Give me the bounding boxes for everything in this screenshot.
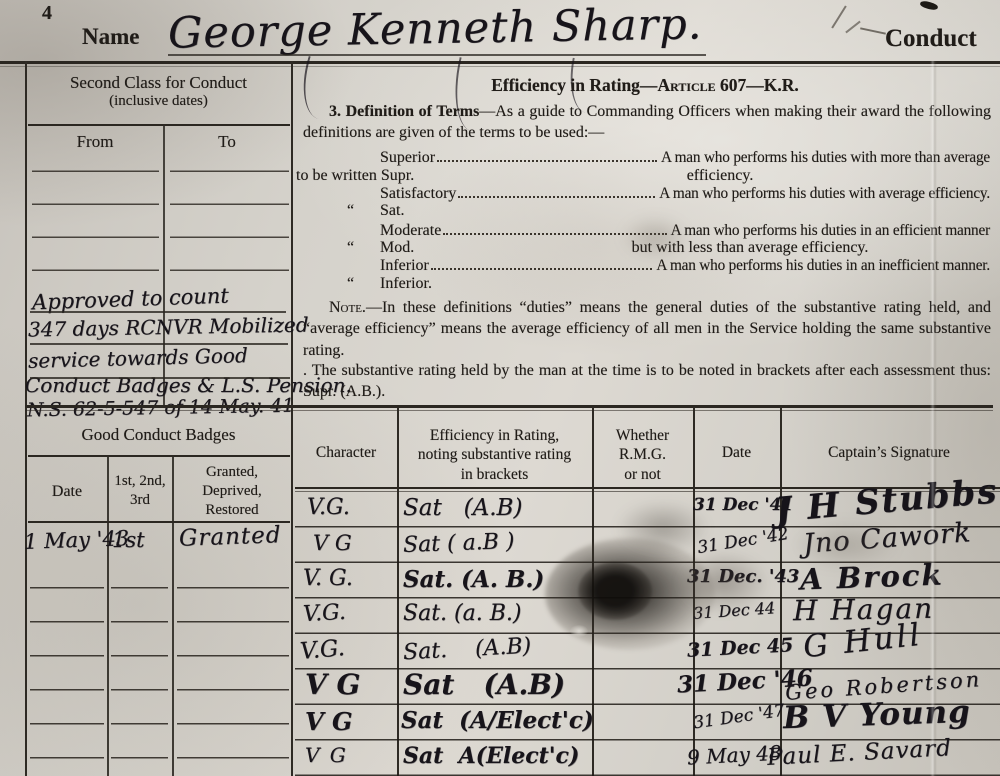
scanned-conduct-form: 4 Name George Kenneth Sharp. Conduct Sec… bbox=[0, 0, 1000, 776]
scratch-mark bbox=[860, 27, 886, 34]
rule-line bbox=[28, 455, 290, 457]
approval-note-line: N.S. 62-5-547 of 14 May. 41 bbox=[27, 395, 295, 422]
definition-superior: SuperiorA man who performs his duties wi… bbox=[380, 149, 990, 167]
rmg-header: Whether R.M.G. or not bbox=[594, 426, 691, 484]
ditto-mark: “ bbox=[347, 275, 354, 293]
table-row: V G Sat A(Elect'c) 9 May 48 Paul E. Sava… bbox=[295, 743, 1000, 776]
rule-line bbox=[28, 124, 290, 126]
note-paragraph: Note.—In these definitions “duties” mean… bbox=[303, 297, 991, 361]
ditto-mark: “ bbox=[347, 239, 354, 257]
moderate-abbrev: Mod. bbox=[380, 239, 414, 257]
rule-line bbox=[30, 311, 286, 313]
blot-highlight bbox=[570, 625, 588, 637]
scratch-mark bbox=[831, 5, 846, 28]
section-double-rule-top bbox=[25, 405, 993, 408]
page-number: 4 bbox=[42, 2, 52, 25]
scratch-mark bbox=[845, 21, 860, 34]
approval-note-line: 347 days RCNVR Mobilized bbox=[28, 313, 309, 342]
badges-row-lines bbox=[111, 560, 168, 770]
paper-crease bbox=[930, 61, 937, 776]
second-class-subtitle: (inclusive dates) bbox=[25, 93, 292, 110]
smudge bbox=[790, 520, 900, 570]
second-class-title: Second Class for Conduct bbox=[25, 73, 292, 93]
efficiency-cell: Sat ( a.B ) bbox=[403, 529, 515, 558]
efficiency-heading: Efficiency in Rating—Article 607—K.R. bbox=[295, 75, 995, 96]
character-header: Character bbox=[297, 443, 395, 462]
ink-mark bbox=[919, 0, 938, 11]
character-cell: V.G. bbox=[299, 635, 346, 665]
character-cell: V.G. bbox=[302, 600, 346, 627]
character-cell: V G bbox=[305, 668, 360, 701]
badges-title: Good Conduct Badges bbox=[25, 425, 292, 445]
superior-desc-cont: efficiency. bbox=[620, 167, 820, 185]
left-panel-right-border bbox=[291, 61, 293, 776]
to-row-lines bbox=[170, 139, 289, 274]
efficiency-cell: Sat (A/Elect'c) bbox=[401, 707, 594, 734]
definition-intro: 3. Definition of Terms—As a guide to Com… bbox=[303, 101, 991, 144]
approval-note-line: service towards Good bbox=[28, 343, 248, 373]
badge-entry-class: 1st bbox=[112, 528, 145, 552]
badges-status-header: Granted, Deprived, Restored bbox=[174, 463, 290, 519]
smudge bbox=[620, 215, 690, 260]
rule-line bbox=[30, 343, 288, 345]
definition-satisfactory: SatisfactoryA man who performs his dutie… bbox=[380, 185, 990, 203]
name-handwritten-value: George Kenneth Sharp. bbox=[168, 0, 703, 59]
conduct-label: Conduct bbox=[885, 25, 977, 53]
dotted-leader bbox=[458, 196, 655, 198]
definition-inferior: InferiorA man who performs his duties in… bbox=[380, 257, 990, 275]
header-rule bbox=[0, 61, 1000, 64]
dotted-leader bbox=[431, 268, 652, 270]
approval-note-line: Approved to count bbox=[32, 284, 230, 315]
badge-entry-status: Granted bbox=[179, 522, 282, 552]
efficiency-cell: Sat (A.B) bbox=[403, 668, 565, 701]
date-cell: 31 Dec 45 bbox=[686, 634, 793, 662]
ink-blot-core bbox=[578, 562, 652, 620]
efficiency-cell: Sat A(Elect'c) bbox=[403, 743, 579, 769]
badges-row-lines bbox=[30, 560, 104, 770]
smudge bbox=[676, 550, 771, 615]
badges-date-header: Date bbox=[27, 482, 107, 502]
rule-line bbox=[30, 377, 290, 379]
efficiency-header: Efficiency in Rating, noting substantive… bbox=[399, 426, 590, 484]
signature-header: Captain’s Signature bbox=[782, 443, 996, 462]
character-cell: V. G. bbox=[303, 566, 353, 591]
dotted-leader bbox=[437, 160, 657, 162]
inferior-abbrev: Inferior. bbox=[380, 275, 432, 293]
character-cell: V G bbox=[313, 531, 352, 555]
section-double-rule-bottom bbox=[25, 410, 993, 411]
name-label: Name bbox=[82, 24, 139, 50]
efficiency-cell: Sat. (a. B.) bbox=[403, 601, 521, 626]
note-paragraph-2: . The substantive rating held by the man… bbox=[303, 360, 991, 403]
efficiency-cell: Sat. (A. B.) bbox=[403, 566, 544, 593]
character-cell: V G bbox=[305, 743, 348, 767]
smudge bbox=[615, 500, 710, 555]
efficiency-cell: Sat (A.B) bbox=[403, 495, 522, 521]
header-rule-thin bbox=[0, 66, 1000, 67]
character-cell: V G bbox=[305, 707, 352, 736]
efficiency-cell: Sat. (A.B) bbox=[402, 634, 531, 666]
badges-class-header: 1st, 2nd, 3rd bbox=[108, 472, 172, 510]
character-cell: V.G. bbox=[307, 495, 350, 520]
superior-margin-note: to be written Supr. bbox=[296, 167, 414, 185]
satisfactory-abbrev: Sat. bbox=[380, 202, 404, 220]
date-header: Date bbox=[695, 443, 778, 462]
badges-row-lines bbox=[177, 560, 289, 770]
ditto-mark: “ bbox=[347, 202, 354, 220]
from-row-lines bbox=[32, 139, 159, 274]
signature-cell: B V Young bbox=[782, 694, 971, 737]
name-underline bbox=[168, 54, 706, 56]
